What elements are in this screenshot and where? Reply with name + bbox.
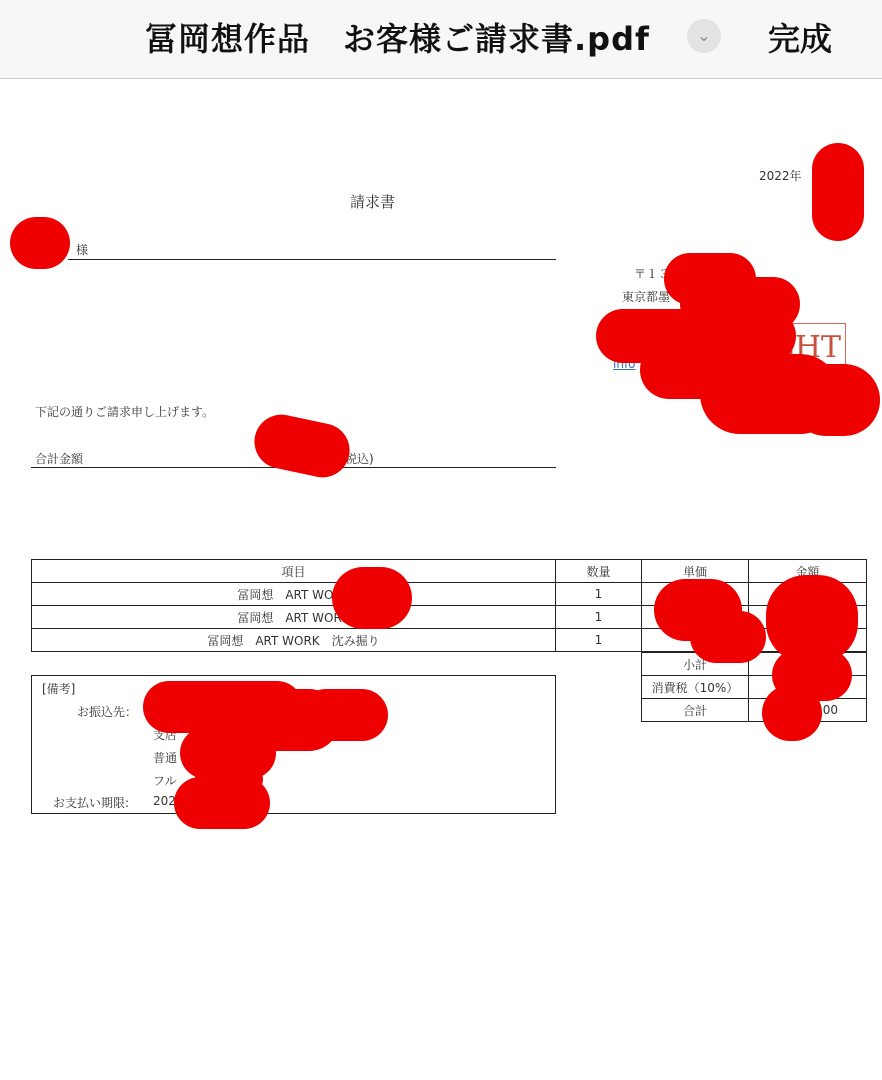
- redaction-mark: [812, 143, 864, 241]
- item-qty: 1: [556, 606, 642, 629]
- total-amount-label: 合計金額: [35, 450, 83, 467]
- account-type: 普通: [153, 749, 177, 766]
- bank-label: お振込先：: [77, 703, 137, 720]
- item-qty: 1: [556, 629, 642, 652]
- redaction-mark: [762, 685, 822, 741]
- account-name-kana: フル: [153, 772, 177, 789]
- deadline-label: お支払い期限:: [53, 794, 129, 811]
- item-name: 冨岡想 ART WORK: [32, 606, 556, 629]
- tax-label: 消費税（10%）: [642, 676, 749, 699]
- redaction-mark: [174, 777, 270, 829]
- redaction-mark: [690, 611, 766, 663]
- pdf-viewer-toolbar: 冨岡想作品 お客様ご請求書.pdf ⌄ 完成: [0, 0, 882, 79]
- invoice-page: 2022年 請求書 様 〒１３ 東京都墨 GHT info 下記の通りご請求申し…: [0, 79, 882, 1080]
- address: 東京都墨: [622, 288, 670, 305]
- greeting-text: 下記の通りご請求申し上げます。: [35, 403, 214, 420]
- invoice-date: 2022年: [759, 167, 802, 184]
- redaction-mark: [332, 567, 412, 629]
- document-title[interactable]: 冨岡想作品 お客様ご請求書.pdf: [145, 14, 650, 60]
- invoice-heading: 請求書: [350, 191, 395, 212]
- table-row: 冨岡想 ART WORK 1 ¥: [32, 583, 867, 606]
- grand-total-row: 合計 00: [642, 699, 867, 722]
- header-qty: 数量: [556, 560, 642, 583]
- item-name: 冨岡想 ART WORK: [32, 583, 556, 606]
- deadline-value: 202: [153, 794, 176, 808]
- recipient-suffix: 様: [76, 241, 88, 258]
- done-button[interactable]: 完成: [768, 14, 832, 60]
- remarks-heading: [備考]: [42, 680, 75, 697]
- redaction-mark: [10, 217, 70, 269]
- grand-total-label: 合計: [642, 699, 749, 722]
- redaction-mark: [249, 410, 354, 483]
- header-item: 項目: [32, 560, 556, 583]
- item-name: 冨岡想 ART WORK 沈み掘り: [32, 629, 556, 652]
- item-qty: 1: [556, 583, 642, 606]
- recipient-underline: [68, 259, 556, 260]
- redaction-mark: [790, 364, 880, 436]
- redaction-mark: [300, 689, 388, 741]
- chevron-down-icon[interactable]: ⌄: [687, 19, 721, 53]
- table-header-row: 項目 数量 単価 金額: [32, 560, 867, 583]
